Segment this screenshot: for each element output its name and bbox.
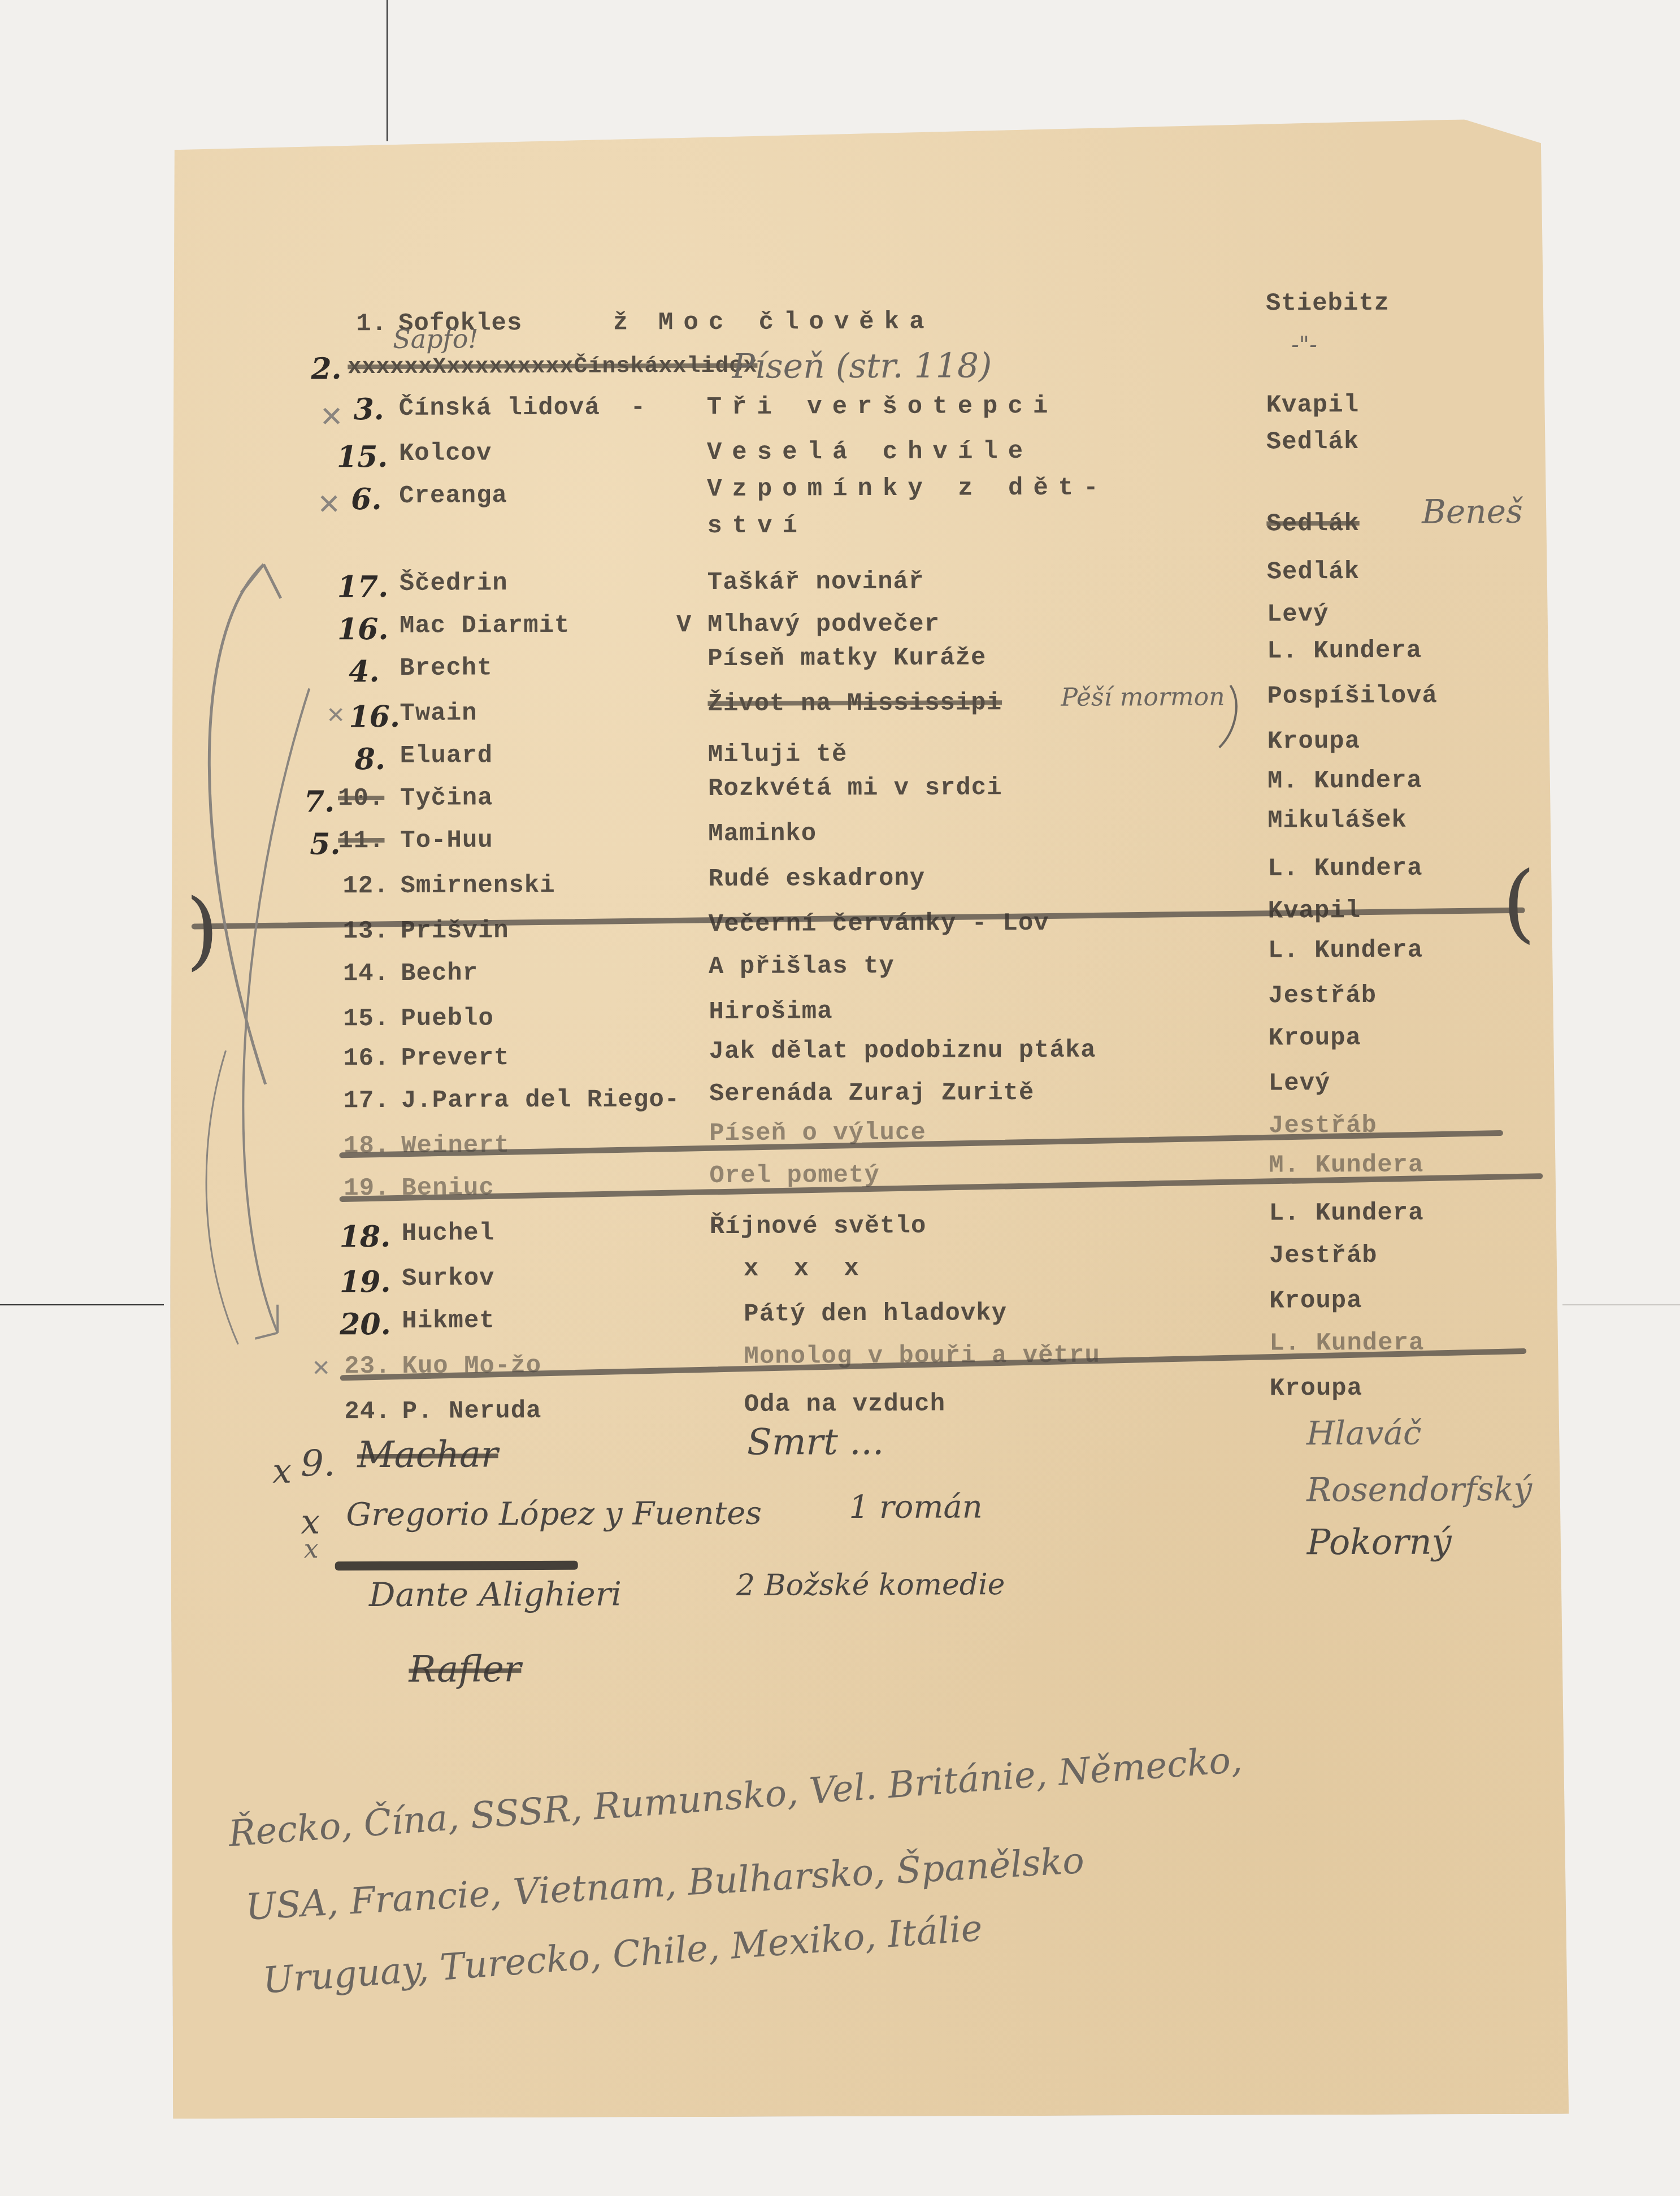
handwritten-number: 3. (354, 392, 385, 427)
struck-original-number: 10. (338, 784, 384, 813)
handwritten-note: Píseň (str. 118) (732, 346, 992, 387)
addition-title: 1 román (849, 1488, 983, 1526)
entry-author: Surkov (402, 1264, 495, 1293)
entry-translator: L. Kundera (1267, 854, 1422, 883)
entry-title: Serenáda Zuraj Zuritě (709, 1079, 1035, 1108)
handwritten-number: 6. (351, 482, 382, 517)
addition-title: 2 Božské komedie (736, 1568, 1005, 1603)
entry-title-struck: Život na Mississipi (707, 689, 1002, 718)
handwritten-number: 18. (340, 1219, 391, 1254)
entry-title: Maminko (708, 819, 817, 848)
entry-author: Prevert (401, 1044, 510, 1073)
entry-title: Oda na vzduch (744, 1390, 945, 1419)
entry-translator: Mikulášek (1267, 806, 1407, 835)
entry-author: Twain (400, 699, 477, 727)
entry-author: Smirnenski (400, 871, 555, 900)
entry-title: Mlhavý podvečer (707, 610, 940, 639)
entry-title: x x x (744, 1255, 869, 1283)
entry-title: Vzpomínky z dět- (707, 474, 1109, 504)
entry-author: Mac Diarmit (400, 611, 570, 640)
handwritten-additions: x 9. Machar Smrt ... Hlaváč x Gregorio L… (166, 119, 1562, 124)
entry-title: Taškář novinář (707, 568, 924, 597)
handwritten-number: 7. (304, 784, 335, 819)
entry-translator: Kroupa (1269, 1287, 1362, 1316)
entry-translator: Sedlák (1267, 558, 1360, 587)
table-row: 2. xxxxxxXxxxxxxxxxČínskáxxlidox Sapfo! … (167, 351, 1562, 396)
entry-title: Říjnové světlo (710, 1212, 927, 1241)
handwritten-number: 8. (355, 742, 386, 776)
entry-author: Brecht (400, 654, 493, 683)
cross-mark-icon: ✕ (320, 400, 344, 433)
handwritten-country-list: Řecko, Čína, SSSR, Rumunsko, Vel. Britán… (166, 119, 1562, 124)
handwritten-number: 16. (337, 612, 389, 646)
entry-title: Rozkvétá mi v srdci (708, 774, 1002, 803)
table-row: 16. Prevert Jak dělat podobiznu ptáka Kr… (170, 1040, 1565, 1085)
handwritten-number: 15. (337, 440, 388, 474)
entry-title-continued: ství (707, 511, 808, 540)
entry-translator: Pospíšilová (1267, 682, 1438, 710)
entry-title: Rudé eskadrony (708, 865, 925, 893)
handwritten-number: 16. (349, 700, 400, 734)
entry-number: 13. (338, 917, 389, 945)
entry-number: 14. (338, 960, 389, 988)
handwritten-number: 20. (340, 1307, 391, 1342)
struck-original-number: 11. (338, 827, 384, 855)
table-row: 1. Sofokles ž Moc člověka Stiebitz (167, 306, 1562, 350)
entry-separator: - (631, 393, 646, 422)
entry-title-prefix: ž (613, 309, 629, 337)
addition-author: Dante Alighieri (369, 1575, 622, 1615)
entry-author: Huchel (402, 1219, 495, 1248)
ditto-mark: -"- (1291, 332, 1317, 358)
entry-title-prefix: V (676, 611, 692, 639)
handwritten-number: 2. (311, 351, 342, 386)
entry-translator: Levý (1269, 1069, 1331, 1097)
entry-author: Pueblo (401, 1004, 494, 1033)
entry-author: Hikmet (402, 1307, 495, 1335)
addition-translator: Rosendorfský (1306, 1470, 1532, 1509)
entry-translator: Sedlák (1266, 428, 1360, 457)
handwritten-number: 5. (310, 827, 341, 861)
addition-mark: x (272, 1452, 292, 1491)
entry-author: Čínská lidová (399, 394, 600, 423)
addition-author-struck: Machar (357, 1434, 498, 1476)
entry-author: To-Huu (400, 826, 493, 855)
entry-number: 15. (338, 1005, 389, 1033)
addition-title: Smrt ... (747, 1421, 884, 1464)
addition-mark: x (304, 1533, 319, 1564)
entry-title: A přišlas ty (709, 952, 895, 981)
strike-through-line (340, 1173, 1543, 1202)
addition-author-struck: Rafler (409, 1648, 521, 1691)
entry-number: 17. (339, 1087, 390, 1115)
handwritten-note-sapfo: Sapfo! (393, 323, 479, 354)
entry-translator: Kroupa (1268, 1024, 1361, 1053)
entry-translator: Kroupa (1270, 1374, 1363, 1403)
strike-through-scribble (335, 1561, 578, 1571)
entry-author: Ščedrin (400, 569, 508, 598)
entry-title: Moc člověka (658, 308, 935, 337)
handwritten-number: 19. (340, 1265, 391, 1299)
entry-author: J.Parra del Riego- (401, 1086, 680, 1115)
country-list-line: Řecko, Čína, SSSR, Rumunsko, Vel. Britán… (227, 1739, 1244, 1855)
addition-author: Gregorio López y Fuentes (346, 1495, 762, 1534)
table-row: 17. Ščedrin Taškář novinář Sedlák (168, 566, 1564, 610)
entry-number: 12. (338, 872, 389, 900)
entry-translator: M. Kundera (1267, 767, 1422, 796)
addition-translator: Pokorný (1306, 1521, 1451, 1563)
cross-mark-icon: ✕ (311, 1355, 331, 1381)
entry-translator: Kvapil (1268, 897, 1361, 926)
translator-correction: Beneš (1422, 492, 1523, 531)
entry-author: Tyčina (400, 784, 493, 813)
addition-translator: Hlaváč (1306, 1414, 1422, 1453)
entry-title: Pátý den hladovky (744, 1299, 1007, 1329)
entry-translator: L. Kundera (1269, 1199, 1424, 1228)
entry-author: Prišvin (401, 917, 509, 945)
entry-author-struck: xxxxxxXxxxxxxxxxČínskáxxlidox (348, 354, 757, 381)
entry-author: Kolcov (399, 439, 492, 468)
addition-number: 9. (301, 1443, 335, 1485)
entry-title: Večerní červánky - Lov (709, 909, 1049, 939)
entry-translator: Jestřáb (1268, 982, 1377, 1010)
entry-translator: Stiebitz (1266, 289, 1390, 318)
scan-guide-horizontal-left (0, 1304, 164, 1305)
entry-author: P. Neruda (402, 1397, 542, 1426)
entry-translator: L. Kundera (1267, 637, 1422, 666)
entry-author: Creanga (399, 481, 507, 510)
cross-mark-icon: ✕ (317, 488, 341, 520)
entry-title: Veselá chvíle (707, 437, 1033, 467)
cross-mark-icon: ✕ (326, 702, 345, 728)
entry-author: Eluard (400, 741, 493, 770)
entry-number: 24. (340, 1398, 391, 1426)
table-row: 15. Kolcov Veselá chvíle Sedlák (167, 436, 1563, 480)
handwritten-number: 17. (337, 570, 389, 604)
entry-title: Miluji tě (708, 740, 848, 769)
scan-guide-horizontal-right (1562, 1304, 1680, 1305)
handwritten-number: 4. (349, 654, 380, 689)
entry-title: Orel pometý (709, 1161, 880, 1190)
entry-title: Hirošima (709, 997, 832, 1026)
handwritten-replacement-title: Pěší mormon (1061, 683, 1225, 712)
entry-translator: Levý (1267, 600, 1329, 628)
entry-translator: L. Kundera (1268, 936, 1423, 965)
entry-number: 16. (339, 1044, 390, 1073)
document-page: 1. Sofokles ž Moc člověka Stiebitz 2. xx… (166, 119, 1569, 2119)
entry-translator: Kvapil (1266, 391, 1360, 420)
entry-title: Píseň matky Kuráže (707, 644, 986, 673)
entry-translator: M. Kundera (1269, 1151, 1423, 1180)
scan-guide-vertical (387, 0, 388, 141)
entry-translator-struck: Sedlák (1266, 510, 1360, 539)
entry-translator: Jestřáb (1269, 1242, 1378, 1270)
table-row: ✕ 6. Creanga Vzpomínky z dět- ství Sedlá… (167, 478, 1563, 523)
entry-title: Tři veršotepci (707, 392, 1058, 422)
entry-number: 1. (336, 310, 387, 338)
entry-title: Jak dělat podobiznu ptáka (709, 1036, 1096, 1066)
entry-translator: Kroupa (1267, 727, 1361, 756)
entry-author: Bechr (401, 959, 478, 987)
